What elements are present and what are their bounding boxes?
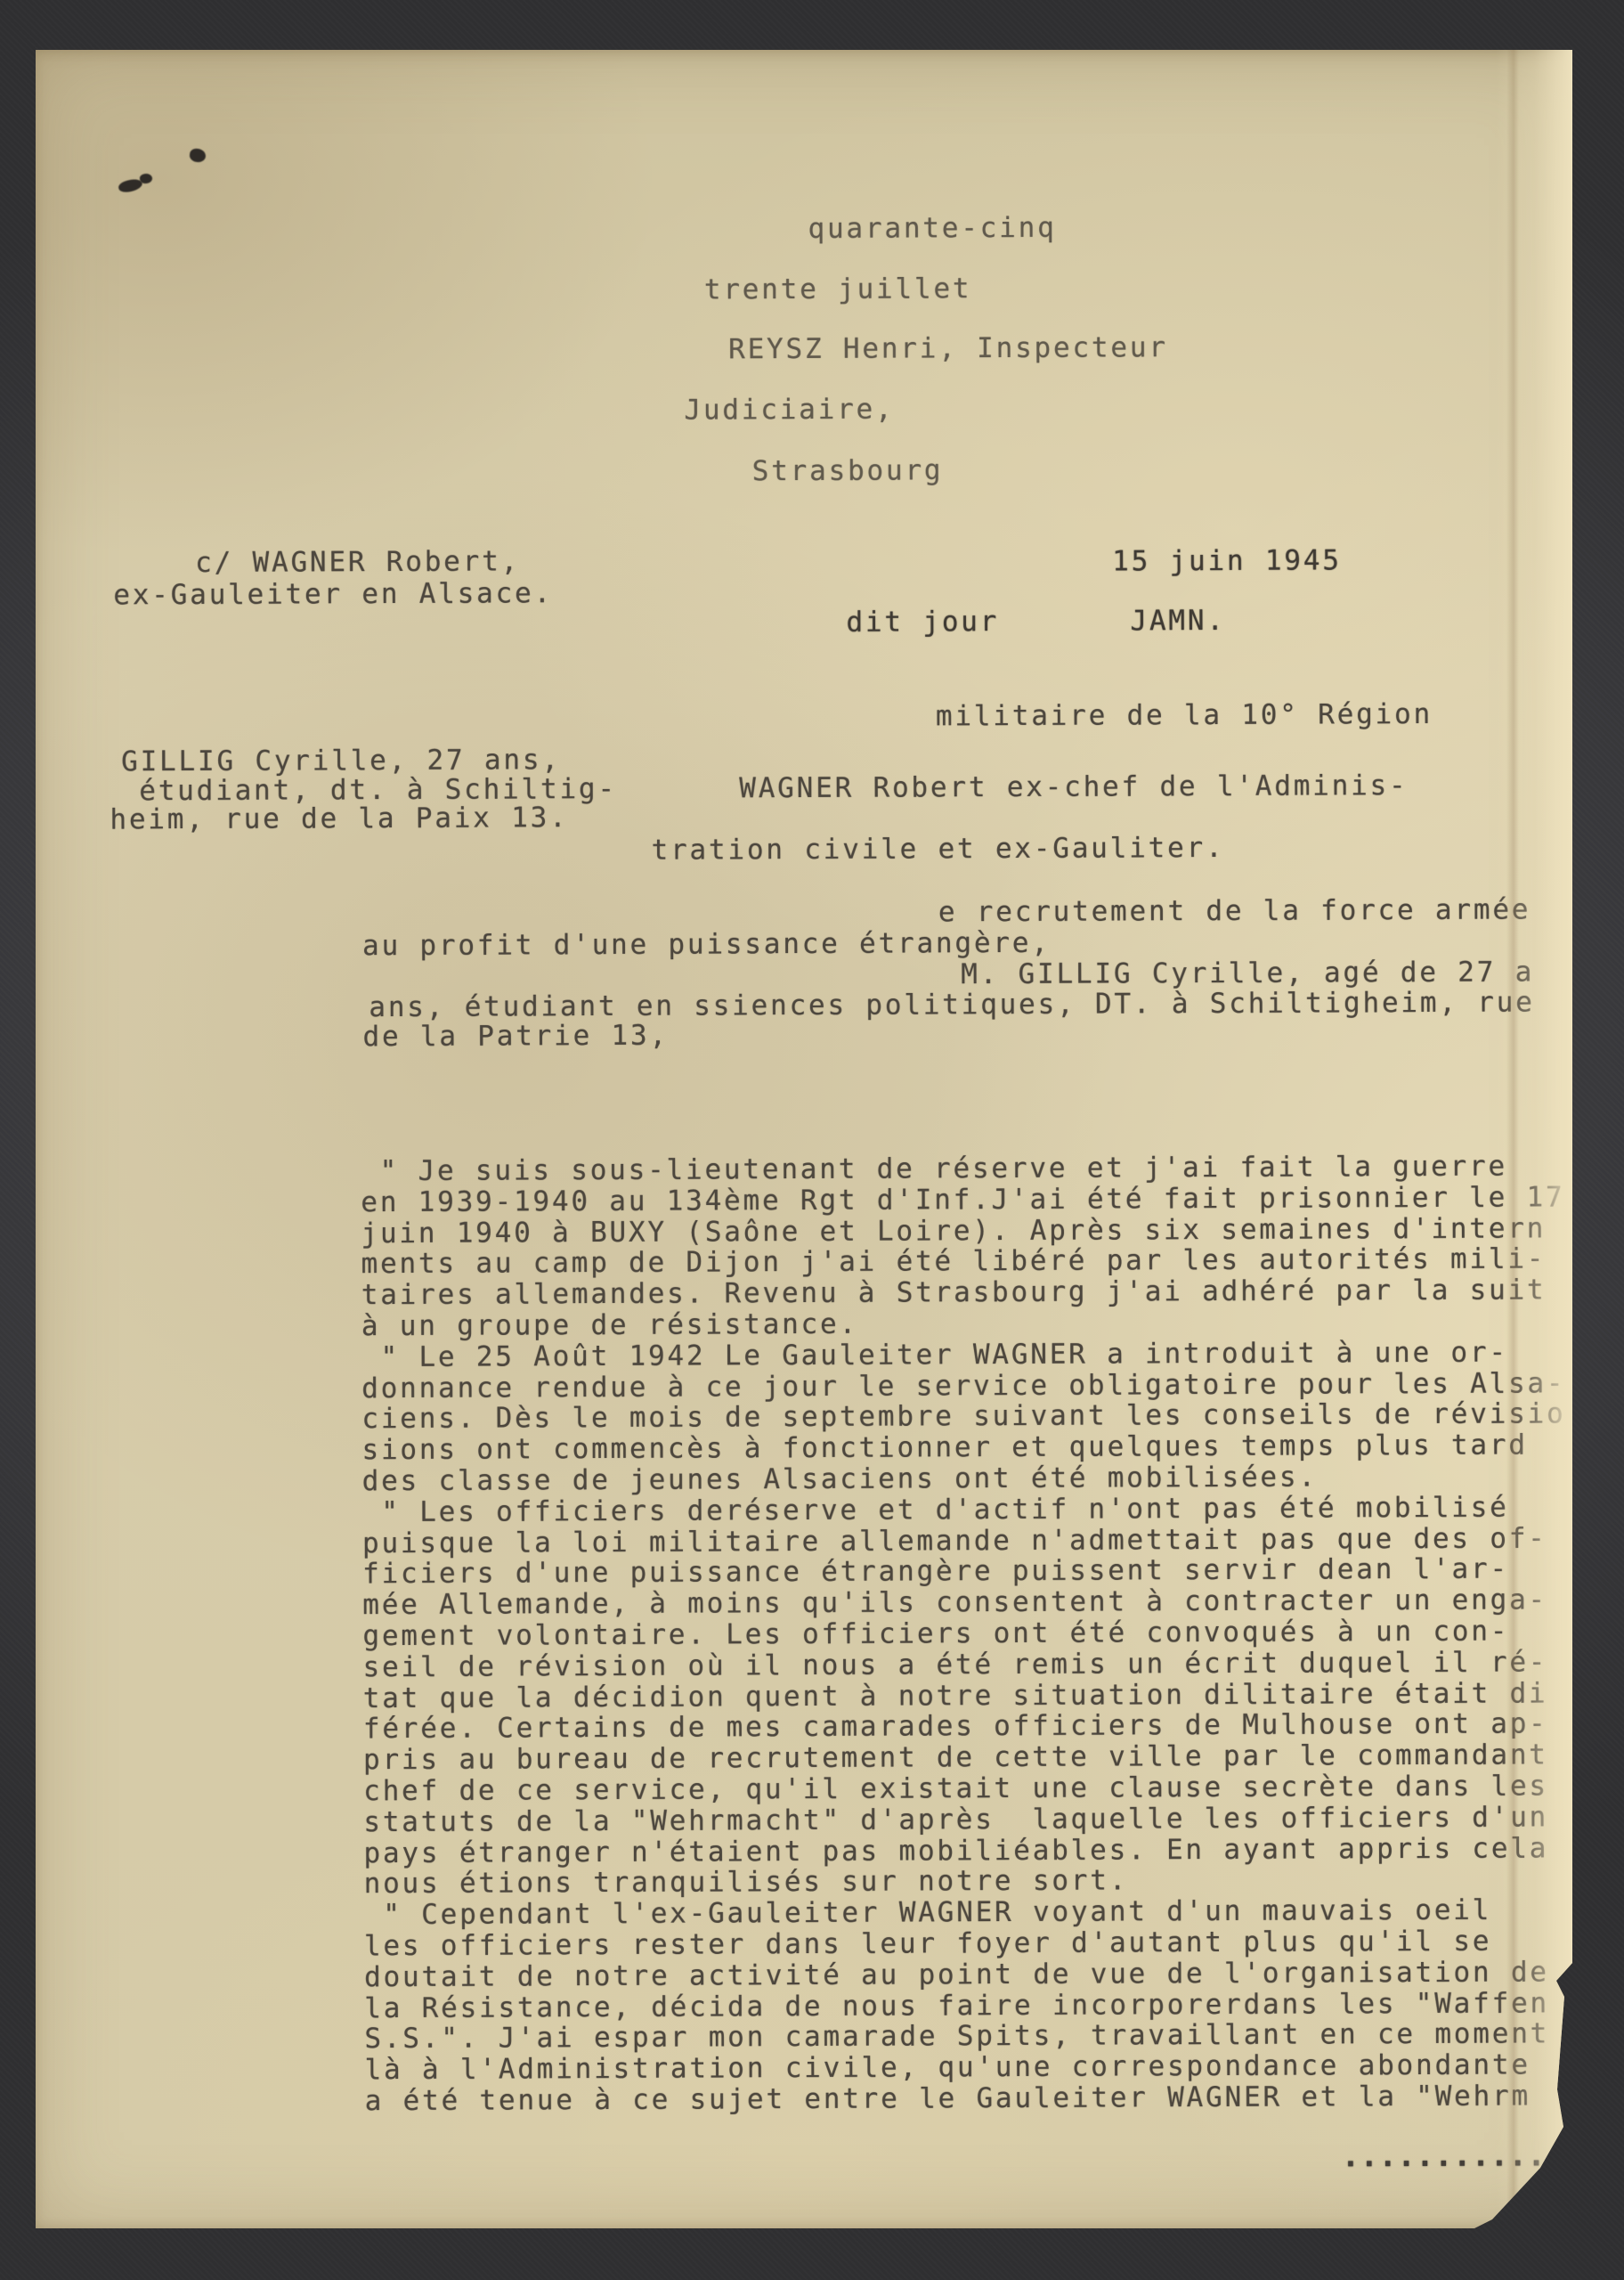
charge-line3: M. GILLIG Cyrille, agé de 27 a xyxy=(961,957,1534,990)
witness-right-line1: WAGNER Robert ex-chef de l'Adminis- xyxy=(739,770,1408,804)
header-line-date: trente juillet xyxy=(704,273,972,305)
header-line-inspector: REYSZ Henri, Inspecteur xyxy=(728,332,1168,365)
document-page: quarante-cinq trente juillet REYSZ Henri… xyxy=(36,50,1572,2228)
charge-line4: ans, étudiant en ssiences politiques, DT… xyxy=(369,987,1534,1023)
charge-line5: de la Patrie 13, xyxy=(362,1021,669,1053)
case-subject-line1: c/ WAGNER Robert, xyxy=(195,546,520,578)
header-line-page-number: quarante-cinq xyxy=(808,213,1056,245)
scan-background: quarante-cinq trente juillet REYSZ Henri… xyxy=(0,0,1624,2280)
typed-text-layer: quarante-cinq trente juillet REYSZ Henri… xyxy=(31,46,1578,2232)
testimony-body: " Je suis sous-lieutenant de réserve et … xyxy=(361,1151,1569,2117)
witness-right-line2: tration civile et ex-Gauliter. xyxy=(652,833,1225,867)
charge-line1: e recrutement de la force armée xyxy=(938,894,1531,928)
testimony-line: a été tenue à ce sujet entre le Gauleite… xyxy=(365,2080,1569,2117)
testimony-line: pays étranger n'étaient pas mobiliéables… xyxy=(363,1833,1567,1869)
case-dit-jour: dit jour xyxy=(846,607,999,639)
testimony-line: sions ont commencès à fonctionner et que… xyxy=(361,1429,1565,1466)
testimony-line: taires allemandes. Revenu à Strasbourg j… xyxy=(361,1274,1565,1311)
case-clerk: JAMN. xyxy=(1130,606,1225,637)
case-subject-line2: ex-Gauleiter en Alsace. xyxy=(113,578,553,611)
case-date: 15 juin 1945 xyxy=(1112,545,1342,577)
header-line-city: Strasbourg xyxy=(752,455,944,487)
ellipsis-dots: ........... xyxy=(1342,2137,1547,2173)
witness-left-line3: heim, rue de la Paix 13. xyxy=(110,802,568,835)
header-line-judiciaire: Judiciaire, xyxy=(684,395,894,427)
charge-line2: au profit d'une puissance étrangère, xyxy=(362,928,1051,962)
case-region-line: militaire de la 10° Région xyxy=(936,699,1433,732)
